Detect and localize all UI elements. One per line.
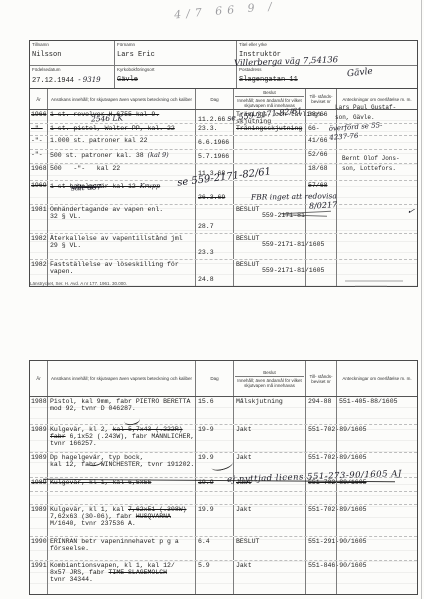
col-permit-no: Till- stånds- beviset nr [305, 361, 336, 396]
table-row: 1990ERINRAN betr vapeninnehavet p g aför… [30, 536, 417, 560]
table-row [30, 491, 417, 504]
typed-segment: 1 st. revolver H 6755 kal 9. [50, 111, 159, 118]
text-line: 1 st. revolver H 6755 kal 9. [50, 112, 195, 119]
typed-segment: Jakt [236, 454, 252, 461]
day-cell: 5.7.1966 [195, 150, 233, 163]
year-value: 1968 [31, 165, 47, 172]
day-value: 24.8 [198, 277, 214, 284]
typed-segment: tvnr 34344. [50, 576, 93, 583]
field-value-struck: Slagengatan 11 [239, 76, 415, 84]
year-value: -"- [31, 151, 43, 158]
permit-no-value: 66- [308, 125, 320, 132]
year-cell: 1989 [30, 505, 47, 536]
field-value: Nilsson [32, 51, 112, 59]
permit-no-cell: 57/68 [305, 181, 336, 204]
typed-segment: Träningsskjutning [236, 125, 302, 132]
year-cell: 1988 [30, 397, 47, 424]
typed-segment: Jakt [236, 562, 252, 569]
typed-segment: Jakt [236, 506, 252, 513]
notes-cell [336, 205, 417, 233]
decision-cell: Jakt [233, 561, 305, 594]
notes-cell [336, 260, 417, 286]
typed-segment: Målskjutning [236, 398, 283, 405]
day-value: 28.7 [198, 224, 214, 231]
day-value: 19.9 [198, 480, 214, 487]
permit-no-cell: 551-702-89/1605 [305, 425, 336, 452]
year-cell: 1969 [30, 181, 47, 204]
text-line: 29 § VL. [50, 243, 195, 250]
day-value: 19.9 [198, 455, 214, 462]
decision-cell: Målskjutning [233, 397, 305, 424]
notes-cell [336, 505, 417, 536]
application-cell [47, 492, 195, 504]
field-value: Instruktör [239, 51, 415, 59]
field-label: Tillnamn [32, 42, 112, 47]
text-line: Målskjutning [236, 399, 305, 406]
day-value: 15.6 [198, 399, 214, 406]
table-row: 1981Omhändertagande av vapen enl.32 § VL… [30, 204, 417, 233]
handwritten-suffix: - 9319 [78, 76, 100, 84]
typed-segment: Jakt [236, 426, 252, 433]
print-reference: Länstrycket, Ser. H. Avd. A nr 177. 1961… [30, 281, 127, 286]
day-value: 11.3.68 [198, 171, 225, 178]
notes-cell [336, 181, 417, 204]
col-decision: BeslutInnehåll; även ändamål för vilket … [233, 361, 305, 396]
decision-sub: Innehåll; även ändamål för vilket skjutv… [235, 98, 304, 108]
typed-segment: 551-405-88/1605 [339, 398, 398, 405]
application-cell: Pistol, kal 9mm, fabr PIETRO BERETTAmod … [47, 397, 195, 424]
license-table: År Ansökans innehåll; för skjutvapen äve… [29, 360, 418, 595]
decision-cell: Träningsskjutning [233, 124, 305, 135]
day-cell: 19.9 [195, 505, 233, 536]
table-row: 1988Pistol, kal 9mm, fabr PIETRO BERETTA… [30, 397, 417, 424]
permit-no-value: 41/66 [308, 137, 328, 144]
text-line: Jakt [236, 455, 305, 462]
faint-stamp [345, 280, 403, 282]
decision-cell [233, 164, 305, 180]
col-year: År [30, 361, 47, 396]
text-line: M/1640, tvnr 237536 A. [50, 521, 195, 528]
year-cell [30, 492, 47, 504]
decision-cell: Jakt [233, 425, 305, 452]
field-value: Lars Eric [117, 51, 234, 59]
text-line: tvnr 34344. [50, 577, 195, 584]
handwritten-scrawl: 4/7 66 9 / [174, 0, 278, 21]
day-value: 23.3. [198, 126, 218, 133]
text-line: BESLUT [236, 539, 305, 546]
year-value: -"- [31, 125, 43, 132]
page-edge-line [421, 0, 422, 599]
table-row: -"-500 st. patroner kal. 38 (kal 9)5.7.1… [30, 149, 417, 163]
permit-no-cell: 551-846-90/1605 [305, 561, 336, 594]
permit-no-cell: 294-88 [305, 397, 336, 424]
table-row: 1989Kulgevär, kl 1, kal 7,62x51 (.308W)7… [30, 504, 417, 536]
day-cell: 23.3 [195, 234, 233, 259]
decision-cell: BESLUT559-2171-81 [233, 205, 305, 233]
permit-no-cell: 551-702-89/1605 [305, 505, 336, 536]
text-line: Jakt [236, 563, 305, 570]
text-line: 1.000 st. patroner kal 22 [50, 138, 195, 145]
application-cell: ERINRAN betr vapeninnehavet p g aförseel… [47, 537, 195, 560]
application-cell: 1.000 st. patroner kal 22 [47, 136, 195, 149]
field-fodelsedatum: Födelsedatum 27.12.1944 - 9319 [30, 65, 114, 89]
day-value: 19-9 [198, 427, 214, 434]
year-value: 1989 [31, 506, 47, 513]
text-line: 1 st. pistol, Walter PP, kal. 22 [50, 126, 195, 133]
day-cell: 11.3.68 [195, 164, 233, 180]
typed-segment: 1.000 st. patroner kal 22 [50, 137, 148, 144]
typed-segment: tvnr 166257. [50, 440, 97, 447]
decision-cell [233, 136, 305, 149]
col-day: Dag [195, 89, 233, 109]
year-value: 1969 [31, 182, 47, 189]
text-line: Jakt [236, 507, 305, 514]
text-line: 551-405-88/1605 [339, 399, 417, 406]
year-value: 1981 [31, 206, 47, 213]
typed-segment: 29 § VL. [50, 242, 81, 249]
field-label: Födelsedatum [32, 67, 112, 72]
col-application: Ansökans innehåll; för skjutvapen även v… [47, 361, 195, 396]
notes-cell [336, 164, 417, 180]
col-decision: BeslutInnehåll; även ändamål för vilket … [233, 89, 305, 109]
year-cell: -"- [30, 150, 47, 163]
table-row: 1989Kulgevär, kl 2, kal 5,7x43 (.222R)fa… [30, 424, 417, 452]
year-cell: 1989 [30, 425, 47, 452]
application-cell: Omhändertagande av vapen enl.32 § VL. [47, 205, 195, 233]
typed-segment: kal 12, fabr WINCHESTER, tvnr 191202. [50, 461, 194, 468]
col-notes: Anteckningar om överlåtelse m. m. [336, 361, 417, 396]
day-cell: 15.6 [195, 397, 233, 424]
notes-cell [336, 453, 417, 477]
notes-cell: 551-405-88/1605 [336, 397, 417, 424]
decision-cell: Jakt [233, 505, 305, 536]
col-permit-no: Till- stånds- beviset nr [305, 89, 336, 109]
typed-segment: vapen. [50, 268, 73, 275]
permit-no-cell [305, 205, 336, 233]
decision-title: Beslut [235, 90, 304, 97]
year-value: 1989 [31, 426, 47, 433]
year-value: 1989 [31, 479, 47, 486]
scanned-document-page: 4/7 66 9 / Tillnamn Nilsson Förnamn Lars… [0, 0, 424, 599]
year-cell: 1990 [30, 537, 47, 560]
year-value: 1991 [31, 562, 47, 569]
decision-cell: BESLUT [233, 537, 305, 560]
application-cell: Kulgevär, kl 1, kal 7,62x51 (.308W)7,62x… [47, 505, 195, 536]
day-cell: 26.3.69 [195, 181, 233, 204]
col-notes: Anteckningar om överlåtelse m. m. [336, 89, 417, 109]
field-label: Kyrkobokföringsort [117, 67, 234, 72]
col-year: År [30, 89, 47, 109]
text-line: Jakt [236, 427, 305, 434]
text-line: förseelse. [50, 546, 195, 553]
permit-no-value: 38/66 [308, 111, 328, 118]
notes-cell [336, 425, 417, 452]
text-line: Kulgevär, kl 1, kal 6,5x55 [50, 480, 195, 487]
field-label: Titel eller yrke [239, 42, 415, 47]
year-cell: 1981 [30, 205, 47, 233]
year-value: 1982 [31, 261, 47, 268]
decision-cell: BESLUT559-2171-81/1605 [233, 234, 305, 259]
day-value: 5.7.1966 [198, 154, 229, 161]
table-row: -"-1 st. pistol, Walter PP, kal. 2223.3.… [30, 123, 417, 135]
table-row: -"-1.000 st. patroner kal 226.6.196641/6… [30, 135, 417, 149]
decision-cell [233, 150, 305, 163]
table-header: År Ansökans innehåll; för skjutvapen äve… [30, 361, 417, 397]
license-table: År Ansökans innehåll; för skjutvapen äve… [29, 88, 418, 287]
application-cell: 500 -"- kal 22 [47, 164, 195, 180]
day-cell: 28.7 [195, 205, 233, 233]
permit-no-cell: 41/66 [305, 136, 336, 149]
typed-segment: BESLUT [236, 235, 259, 242]
day-value: 23.3 [198, 250, 214, 257]
person-fields: Tillnamn Nilsson Förnamn Lars Eric Titel… [29, 40, 418, 88]
permit-no-cell [305, 234, 336, 259]
day-cell: 19-9 [195, 425, 233, 452]
notes-cell [336, 561, 417, 594]
typed-segment: 1 st hagelgevär kal 12 [50, 183, 140, 190]
decision-title: Beslut [235, 370, 304, 377]
year-cell: 1982 [30, 234, 47, 259]
table-row: 19691 st hagelgevär kal 12 Krupp26.3.695… [30, 180, 417, 204]
decision-cell: BESLUT559-2171-81/1605 [233, 260, 305, 286]
year-value: 1988 [31, 398, 47, 405]
application-cell: Återkallelse av vapentillstånd jml29 § V… [47, 234, 195, 259]
day-value: 26.3.69 [198, 195, 225, 202]
typed-segment: TIME-SLAGEMOLCH [109, 569, 168, 576]
typed-segment: 32 § VL. [50, 213, 81, 220]
year-cell: -"- [30, 124, 47, 135]
typed-segment: förseelse. [50, 545, 89, 552]
day-value: 6.6.1966 [198, 140, 229, 147]
table-row: 1968500 -"- kal 2211.3.6818/68 [30, 163, 417, 180]
decision-cell: Jakt [233, 453, 305, 477]
notes-cell [336, 492, 417, 504]
field-label: Förnamn [117, 42, 234, 47]
typed-segment: HUSQVARNA [136, 513, 171, 520]
permit-no-cell: 52/66 [305, 150, 336, 163]
day-cell: 6.6.1966 [195, 136, 233, 149]
typed-segment: BESLUT [236, 261, 259, 268]
text-line: Träningsskjutning [236, 126, 305, 133]
handwritten-segment: (kal 9) [148, 151, 169, 159]
typed-segment: mod 92, tvnr D 046287. [50, 405, 136, 412]
col-application: Ansökans innehåll; för skjutvapen även v… [47, 89, 195, 109]
year-value: -"- [31, 137, 43, 144]
day-cell: 5.9 [195, 561, 233, 594]
table-body: 1988Pistol, kal 9mm, fabr PIETRO BERETTA… [30, 397, 417, 594]
field-tillnamn: Tillnamn Nilsson [30, 41, 114, 65]
day-cell: 6.4 [195, 537, 233, 560]
year-cell: 1989 [30, 478, 47, 491]
application-cell: Kulgevär, kl 2, kal 5,7x43 (.222R)fabr 6… [47, 425, 195, 452]
typed-segment: BESLUT [236, 538, 259, 545]
text-line: mod 92, tvnr D 046287. [50, 406, 195, 413]
field-value-struck: Gävle [117, 76, 234, 84]
notes-cell [336, 136, 417, 149]
permit-no-value: 18/68 [308, 165, 328, 172]
text-line: kal 12, fabr WINCHESTER, tvnr 191202. [50, 462, 195, 469]
year-value: 1990 [31, 538, 47, 545]
license-card-bottom: År Ansökans innehåll; för skjutvapen äve… [29, 360, 419, 590]
table-row: 1991Kombiantionsvapen, kl 1, kal 12/8x57… [30, 560, 417, 594]
text-line: 1 st hagelgevär kal 12 Krupp [50, 183, 195, 191]
permit-no-cell [305, 260, 336, 286]
year-value: 1989 [31, 454, 47, 461]
year-cell: -"- [30, 136, 47, 149]
typed-segment: M/1640, tvnr 237536 A. [50, 520, 136, 527]
permit-no-cell [305, 492, 336, 504]
field-kyrkobokforingsort: Kyrkobokföringsort Gävle [114, 65, 236, 89]
year-value: 1982 [31, 235, 47, 242]
field-postadress: Postadress Slagengatan 11 [236, 65, 417, 89]
table-body: 19661 st. revolver H 6755 kal 9.11.2.66T… [30, 110, 417, 286]
application-cell: Kombiantionsvapen, kl 1, kal 12/8x57 JRS… [47, 561, 195, 594]
license-card-top: 4/7 66 9 / Tillnamn Nilsson Förnamn Lars… [29, 2, 419, 302]
table-row: 1982Återkallelse av vapentillstånd jml29… [30, 233, 417, 259]
permit-no-value: 57/68 [308, 182, 328, 189]
application-cell: 1 st hagelgevär kal 12 Krupp [47, 181, 195, 204]
day-value: 5.9 [198, 563, 210, 570]
notes-cell [336, 234, 417, 259]
handwritten-segment: Krupp [140, 182, 160, 190]
permit-no-cell: 66- [305, 124, 336, 135]
year-cell: 1991 [30, 561, 47, 594]
typed-segment: 500 st. patroner kal. 38 [50, 152, 148, 159]
text-line: 32 § VL. [50, 214, 195, 221]
permit-no-value: 294-88 [308, 398, 331, 405]
year-value: 1966 [31, 111, 47, 118]
typed-segment: BESLUT [236, 206, 259, 213]
permit-no-cell: 18/68 [305, 164, 336, 180]
notes-cell [336, 124, 417, 135]
field-label: Postadress [239, 67, 415, 72]
permit-no-cell: 551-702-89/1605 [305, 453, 336, 477]
application-cell: Dp hagelgevär, typ bock,kal 12, fabr WIN… [47, 453, 195, 477]
field-fornamn: Förnamn Lars Eric [114, 41, 236, 65]
col-day: Dag [195, 361, 233, 396]
text-line: vapen. [50, 269, 195, 276]
table-row: 19661 st. revolver H 6755 kal 9.11.2.66T… [30, 110, 417, 123]
day-value: 6.4 [198, 539, 210, 546]
field-value: 27.12.1944 - 9319 [32, 76, 112, 85]
day-cell: 24.8 [195, 260, 233, 286]
table-header: År Ansökans innehåll; för skjutvapen äve… [30, 89, 417, 110]
day-value: 19.9 [198, 507, 214, 514]
day-cell [195, 492, 233, 504]
typed-segment: 500 -"- kal 22 [50, 165, 120, 172]
decision-cell [233, 492, 305, 504]
decision-cell [233, 181, 305, 204]
notes-cell [336, 537, 417, 560]
text-line: 500 -"- kal 22 [50, 166, 195, 173]
field-titel: Titel eller yrke Instruktör [236, 41, 417, 65]
permit-no-value: 52/66 [308, 151, 328, 158]
day-cell: 23.3. [195, 124, 233, 135]
text-line: 500 st. patroner kal. 38 (kal 9) [50, 152, 195, 160]
notes-cell [336, 150, 417, 163]
typed-segment: 1 st. pistol, Walter PP, kal. 22 [50, 125, 175, 132]
year-cell: 1968 [30, 164, 47, 180]
faint-stamp [355, 285, 387, 287]
permit-no-cell: 551-291-90/1605 [305, 537, 336, 560]
application-cell: 500 st. patroner kal. 38 (kal 9) [47, 150, 195, 163]
text-line: tvnr 166257. [50, 441, 195, 448]
year-cell: 1989 [30, 453, 47, 477]
typed-value: 27.12.1944 [32, 77, 74, 85]
decision-sub: Innehåll; även ändamål för vilket skjutv… [235, 378, 304, 388]
application-cell: 1 st. pistol, Walter PP, kal. 22 [47, 124, 195, 135]
